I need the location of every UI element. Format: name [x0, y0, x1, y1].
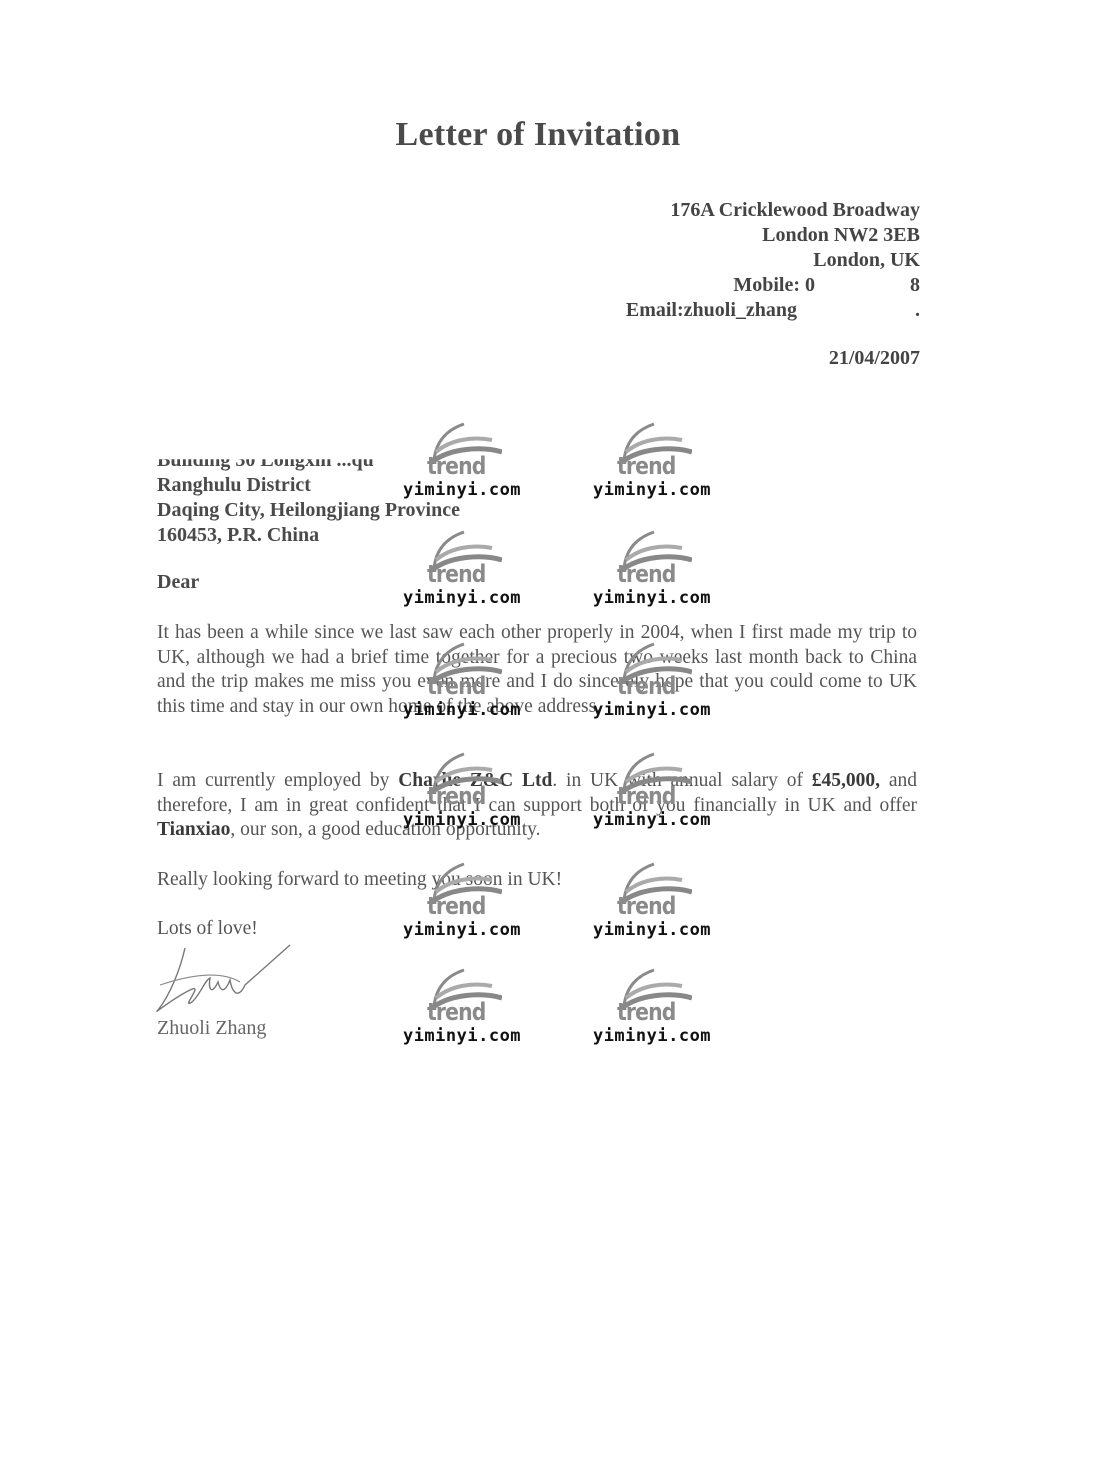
email-label: Email:zhuoli_zhang	[626, 299, 797, 321]
watermark: trendyiminyi.com	[582, 968, 722, 1058]
watermark: trendyiminyi.com	[582, 422, 722, 512]
watermark-logo: trend	[617, 560, 676, 588]
redacted-region	[815, 278, 910, 294]
sender-mobile: Mobile: 08	[626, 273, 920, 298]
watermark-swoosh-icon	[612, 530, 692, 570]
watermark-swoosh-icon	[612, 422, 692, 462]
sender-address-block: 176A Cricklewood Broadway London NW2 3EB…	[626, 198, 920, 323]
watermark-logo: trend	[427, 998, 486, 1026]
recipient-address-line4: 160453, P.R. China	[157, 523, 460, 548]
watermark-logo: trend	[617, 892, 676, 920]
sender-address-line2: London NW2 3EB	[626, 223, 920, 248]
mobile-visible: 0	[805, 274, 815, 296]
letter-date: 21/04/2007	[829, 347, 920, 370]
watermark-text: yiminyi.com	[582, 480, 722, 500]
watermark-text: yiminyi.com	[392, 588, 532, 608]
paragraph-2-text: I am currently employed by	[157, 770, 398, 791]
employer-name: Charlie Z&C Ltd	[398, 770, 552, 791]
watermark-text: yiminyi.com	[392, 1026, 532, 1046]
watermark-logo: trend	[617, 998, 676, 1026]
watermark-swoosh-icon	[422, 968, 502, 1008]
paragraph-1: It has been a while since we last saw ea…	[157, 621, 917, 720]
redacted-region	[797, 303, 915, 319]
sender-email: Email:zhuoli_zhang.	[626, 298, 920, 323]
paragraph-3: Really looking forward to meeting you so…	[157, 868, 917, 893]
watermark-text: yiminyi.com	[582, 1026, 722, 1046]
signature-icon	[150, 940, 300, 1020]
recipient-address-block: Building 30 Longxin ...qu Ranghulu Distr…	[157, 448, 460, 548]
recipient-address-line2: Ranghulu District	[157, 473, 460, 498]
watermark: trendyiminyi.com	[392, 968, 532, 1058]
salary-amount: £45,000,	[812, 770, 880, 791]
mobile-tail: 8	[910, 274, 920, 296]
email-tail: .	[915, 299, 920, 321]
watermark-swoosh-icon	[612, 968, 692, 1008]
closing: Lots of love!	[157, 917, 917, 942]
watermark-logo: trend	[617, 452, 676, 480]
sender-address-line1: 176A Cricklewood Broadway	[626, 198, 920, 223]
sender-address-line3: London, UK	[626, 248, 920, 273]
paragraph-2-text: , our son, a good education opportunity.	[230, 819, 540, 840]
watermark-logo: trend	[427, 892, 486, 920]
mobile-label: Mobile:	[733, 274, 805, 296]
son-name: Tianxiao	[157, 819, 230, 840]
salutation: Dear	[157, 571, 199, 594]
paragraph-2: I am currently employed by Charlie Z&C L…	[157, 769, 917, 843]
watermark: trendyiminyi.com	[582, 530, 722, 620]
recipient-address-line3: Daqing City, Heilongjiang Province	[157, 498, 460, 523]
recipient-address-line1: Building 30 Longxin ...qu	[157, 448, 460, 473]
paragraph-2-text: . in UK with annual salary of	[552, 770, 811, 791]
letter-title: Letter of Invitation	[0, 116, 1076, 154]
signatory-name: Zhuoli Zhang	[157, 1017, 266, 1040]
watermark-text: yiminyi.com	[582, 588, 722, 608]
watermark-logo: trend	[427, 560, 486, 588]
